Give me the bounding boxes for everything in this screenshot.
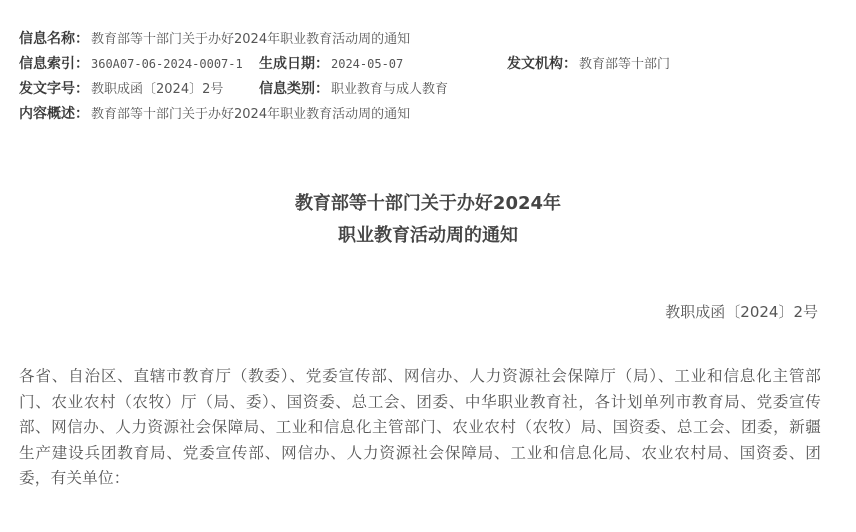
meta-value: 2024-05-07 xyxy=(331,57,403,71)
title-line-2: 职业教育活动周的通知 xyxy=(0,220,856,252)
meta-field-issuer: 发文机构：教育部等十部门 xyxy=(507,52,670,77)
meta-value: 360A07-06-2024-0007-1 xyxy=(91,57,243,71)
meta-label: 生成日期： xyxy=(259,56,329,72)
meta-field-date: 生成日期：2024-05-07 xyxy=(259,52,403,77)
meta-value: 职业教育与成人教育 xyxy=(331,82,448,97)
meta-value: 教育部等十部门 xyxy=(579,57,670,72)
meta-field-index: 信息索引：360A07-06-2024-0007-1 xyxy=(19,52,243,77)
addressees-paragraph: 各省、自治区、直辖市教育厅（教委）、党委宣传部、网信办、人力资源社会保障厅（局）… xyxy=(19,364,821,492)
meta-row-doc-number: 发文字号：教职成函〔2024〕2号 信息类别：职业教育与成人教育 xyxy=(19,77,839,102)
meta-value: 教职成函〔2024〕2号 xyxy=(91,82,223,97)
meta-field-category: 信息类别：职业教育与成人教育 xyxy=(259,77,448,102)
meta-field-doc-number: 发文字号：教职成函〔2024〕2号 xyxy=(19,77,223,102)
meta-label: 信息索引： xyxy=(19,56,89,72)
meta-label: 内容概述： xyxy=(19,106,89,122)
meta-row-index: 信息索引：360A07-06-2024-0007-1 生成日期：2024-05-… xyxy=(19,52,839,77)
info-metadata-panel: 信息名称：教育部等十部门关于办好2024年职业教育活动周的通知 信息索引：360… xyxy=(19,27,839,127)
meta-label: 信息名称： xyxy=(19,31,89,47)
meta-value: 教育部等十部门关于办好2024年职业教育活动周的通知 xyxy=(91,32,410,47)
meta-label: 发文机构： xyxy=(507,56,577,72)
meta-value: 教育部等十部门关于办好2024年职业教育活动周的通知 xyxy=(91,107,410,122)
meta-label: 信息类别： xyxy=(259,81,329,97)
meta-label: 发文字号： xyxy=(19,81,89,97)
document-title: 教育部等十部门关于办好2024年 职业教育活动周的通知 xyxy=(0,188,856,252)
meta-row-info-name: 信息名称：教育部等十部门关于办好2024年职业教育活动周的通知 xyxy=(19,27,839,52)
meta-row-summary: 内容概述：教育部等十部门关于办好2024年职业教育活动周的通知 xyxy=(19,102,839,127)
document-number: 教职成函〔2024〕2号 xyxy=(665,301,818,322)
meta-field-summary: 内容概述：教育部等十部门关于办好2024年职业教育活动周的通知 xyxy=(19,102,410,127)
title-line-1: 教育部等十部门关于办好2024年 xyxy=(0,188,856,220)
meta-field-info-name: 信息名称：教育部等十部门关于办好2024年职业教育活动周的通知 xyxy=(19,27,410,52)
